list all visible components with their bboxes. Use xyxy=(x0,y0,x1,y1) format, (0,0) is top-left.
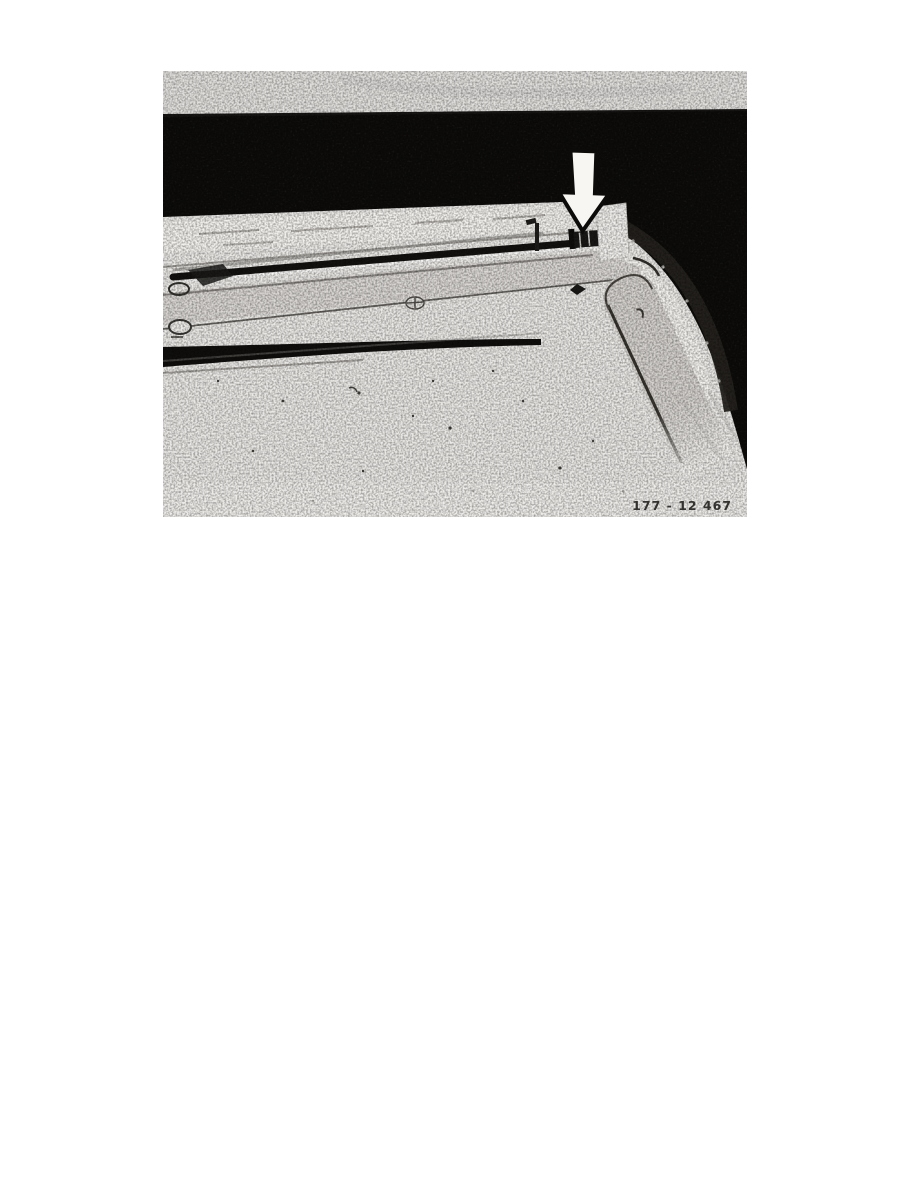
sunroof-photo xyxy=(163,71,747,517)
halftone-grain xyxy=(163,71,747,517)
manual-photo-figure: 177 - 12 467 xyxy=(163,71,747,517)
photo-id-label: 177 - 12 467 xyxy=(632,498,732,513)
